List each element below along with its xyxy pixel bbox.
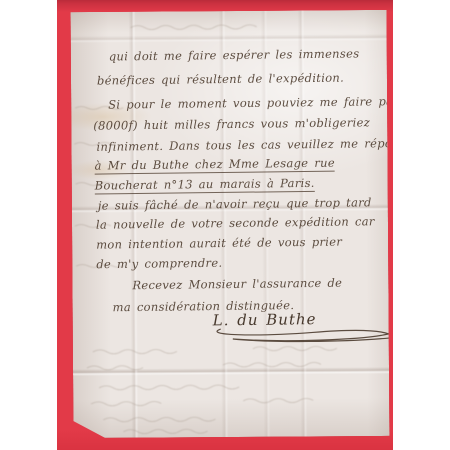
manuscript-line-4: (8000f) huit milles francs vous m'oblige… — [93, 115, 370, 132]
letter-paper: qui doit me faire espérer les immenses b… — [71, 10, 390, 438]
manuscript-line-7-address: Boucherat n°13 au marais à Paris. — [95, 176, 315, 195]
manuscript-line-5: infiniment. Dans tous les cas veuillez m… — [96, 136, 420, 154]
manuscript-line-3: Si pour le moment vous pouviez me faire … — [108, 94, 419, 112]
manuscript-line-1: qui doit me faire espérer les immenses — [109, 46, 360, 63]
signature: L. du Buthe — [213, 310, 317, 329]
product-photo: qui doit me faire espérer les immenses b… — [0, 0, 450, 450]
fold-crease-horizontal — [71, 34, 387, 43]
manuscript-line-12-closing: Recevez Monsieur l'assurance de — [132, 276, 342, 293]
manuscript-line-8: je suis fâché de n'avoir reçu que trop t… — [98, 195, 372, 212]
manuscript-line-9: la nouvelle de votre seconde expédition … — [96, 214, 375, 231]
fold-crease-horizontal — [73, 367, 389, 376]
manuscript-line-10: mon intention aurait été de vous prier — [96, 235, 342, 252]
manuscript-line-6-address: à Mr du Buthe chez Mme Lesage rue — [94, 156, 335, 175]
manuscript-line-2: bénéfices qui résultent de l'expédition. — [97, 71, 344, 88]
manuscript-line-11: de m'y comprendre. — [96, 256, 222, 272]
